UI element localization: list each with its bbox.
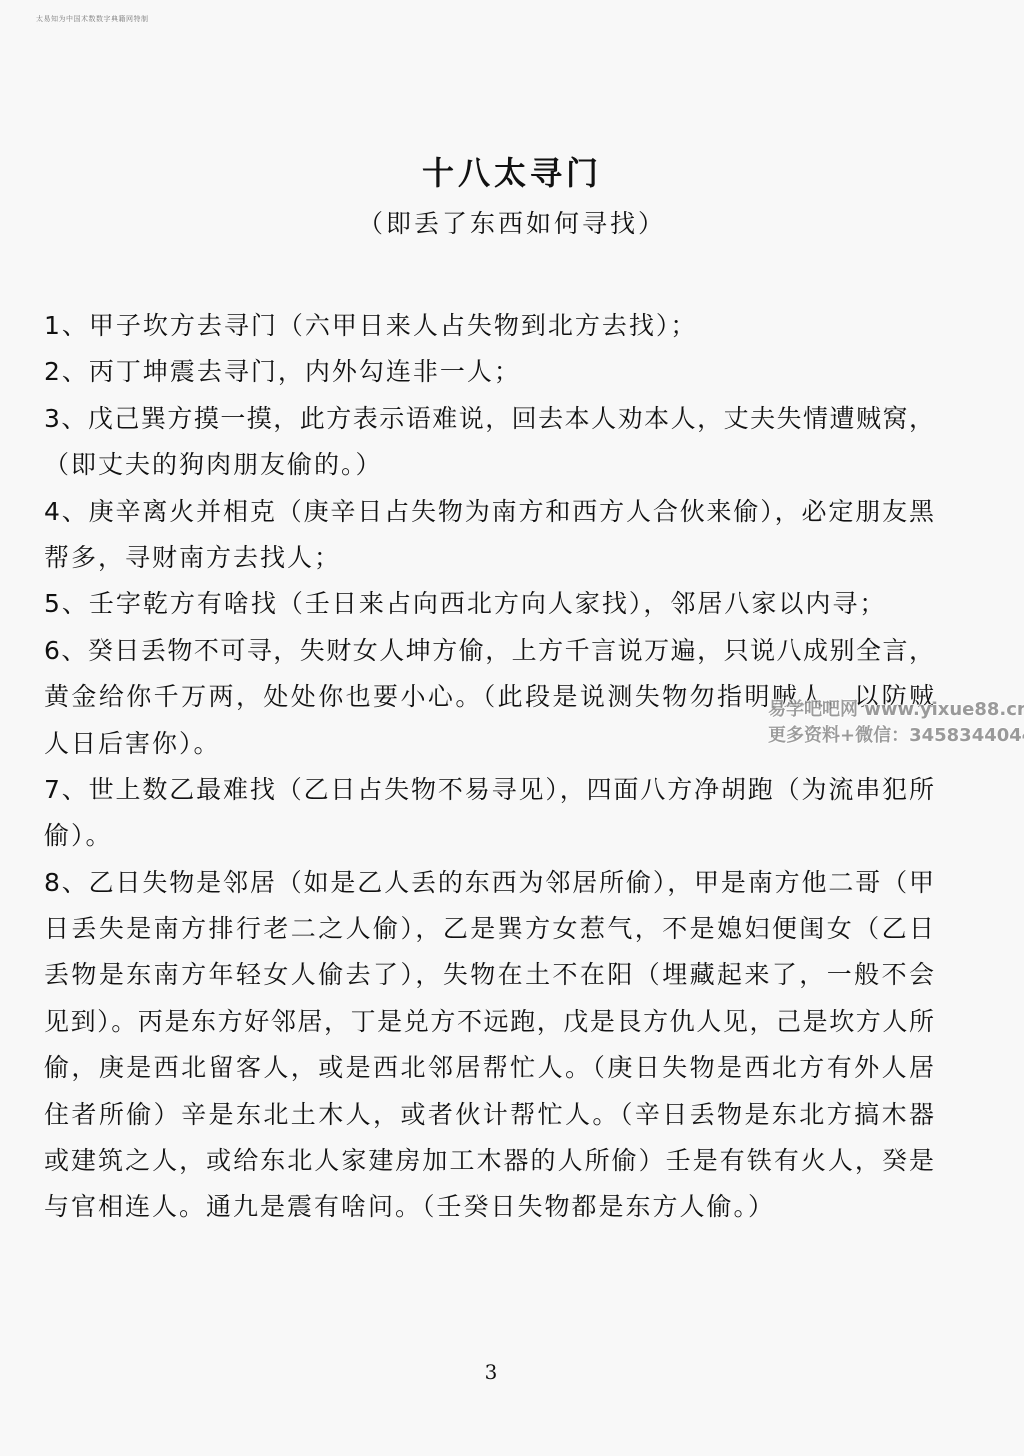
text-line: 1、甲子坎方去寻门（六甲日来人占失物到北方去找）； <box>44 306 934 352</box>
text-line: 6、癸日丢物不可寻，失财女人坤方偷，上方千言说万遍，只说八成别全言， <box>44 631 934 677</box>
body-text: 1、甲子坎方去寻门（六甲日来人占失物到北方去找）； 2、丙丁坤震去寻门，内外勾连… <box>44 306 934 1234</box>
text-line: 见到）。丙是东方好邻居，丁是兑方不远跑，戊是艮方仇人见，己是坎方人所 <box>44 1002 934 1048</box>
text-line: 7、世上数乙最难找（乙日占失物不易寻见），四面八方净胡跑（为流串犯所 <box>44 770 934 816</box>
text-line: 偷，庚是西北留客人，或是西北邻居帮忙人。（庚日失物是西北方有外人居 <box>44 1048 934 1094</box>
text-line: 日丢失是南方排行老二之人偷），乙是巽方女惹气，不是媳妇便闺女（乙日 <box>44 909 934 955</box>
page-number: 3 <box>0 1360 982 1384</box>
text-line: 帮多，寻财南方去找人； <box>44 538 934 584</box>
watermark: 易学吧吧网 www.yixue88.cn 更多资料+微信：3458344044 <box>768 697 1024 749</box>
watermark-contact: 更多资料+微信：3458344044 <box>768 723 1024 749</box>
text-line: 4、庚辛离火并相克（庚辛日占失物为南方和西方人合伙来偷），必定朋友黑 <box>44 492 934 538</box>
page-subtitle: （即丢了东西如何寻找） <box>0 206 1024 242</box>
text-line: 丢物是东南方年轻女人偷去了），失物在土不在阳（埋藏起来了，一般不会 <box>44 955 934 1001</box>
text-line: 或建筑之人，或给东北人家建房加工木器的人所偷）壬是有铁有火人，癸是 <box>44 1141 934 1187</box>
text-line: 与官相连人。通九是震有啥问。（壬癸日失物都是东方人偷。） <box>44 1187 934 1233</box>
text-line: 偷）。 <box>44 816 934 862</box>
text-line: 3、戊己巽方摸一摸，此方表示语难说，回去本人劝本人，丈夫失情遭贼窝， <box>44 399 934 445</box>
text-line: 2、丙丁坤震去寻门，内外勾连非一人； <box>44 352 934 398</box>
header-note: 太易知为中国术数数字典籍网特制 <box>36 14 149 24</box>
text-line: 8、乙日失物是邻居（如是乙人丢的东西为邻居所偷），甲是南方他二哥（甲 <box>44 863 934 909</box>
text-line: （即丈夫的狗肉朋友偷的。） <box>44 445 934 491</box>
page-title: 十八太寻门 <box>0 153 1024 193</box>
watermark-site: 易学吧吧网 www.yixue88.cn <box>768 697 1024 723</box>
text-line: 5、壬字乾方有啥找（壬日来占向西北方向人家找），邻居八家以内寻； <box>44 584 934 630</box>
text-line: 住者所偷）辛是东北土木人，或者伙计帮忙人。（辛日丢物是东北方搞木器 <box>44 1095 934 1141</box>
